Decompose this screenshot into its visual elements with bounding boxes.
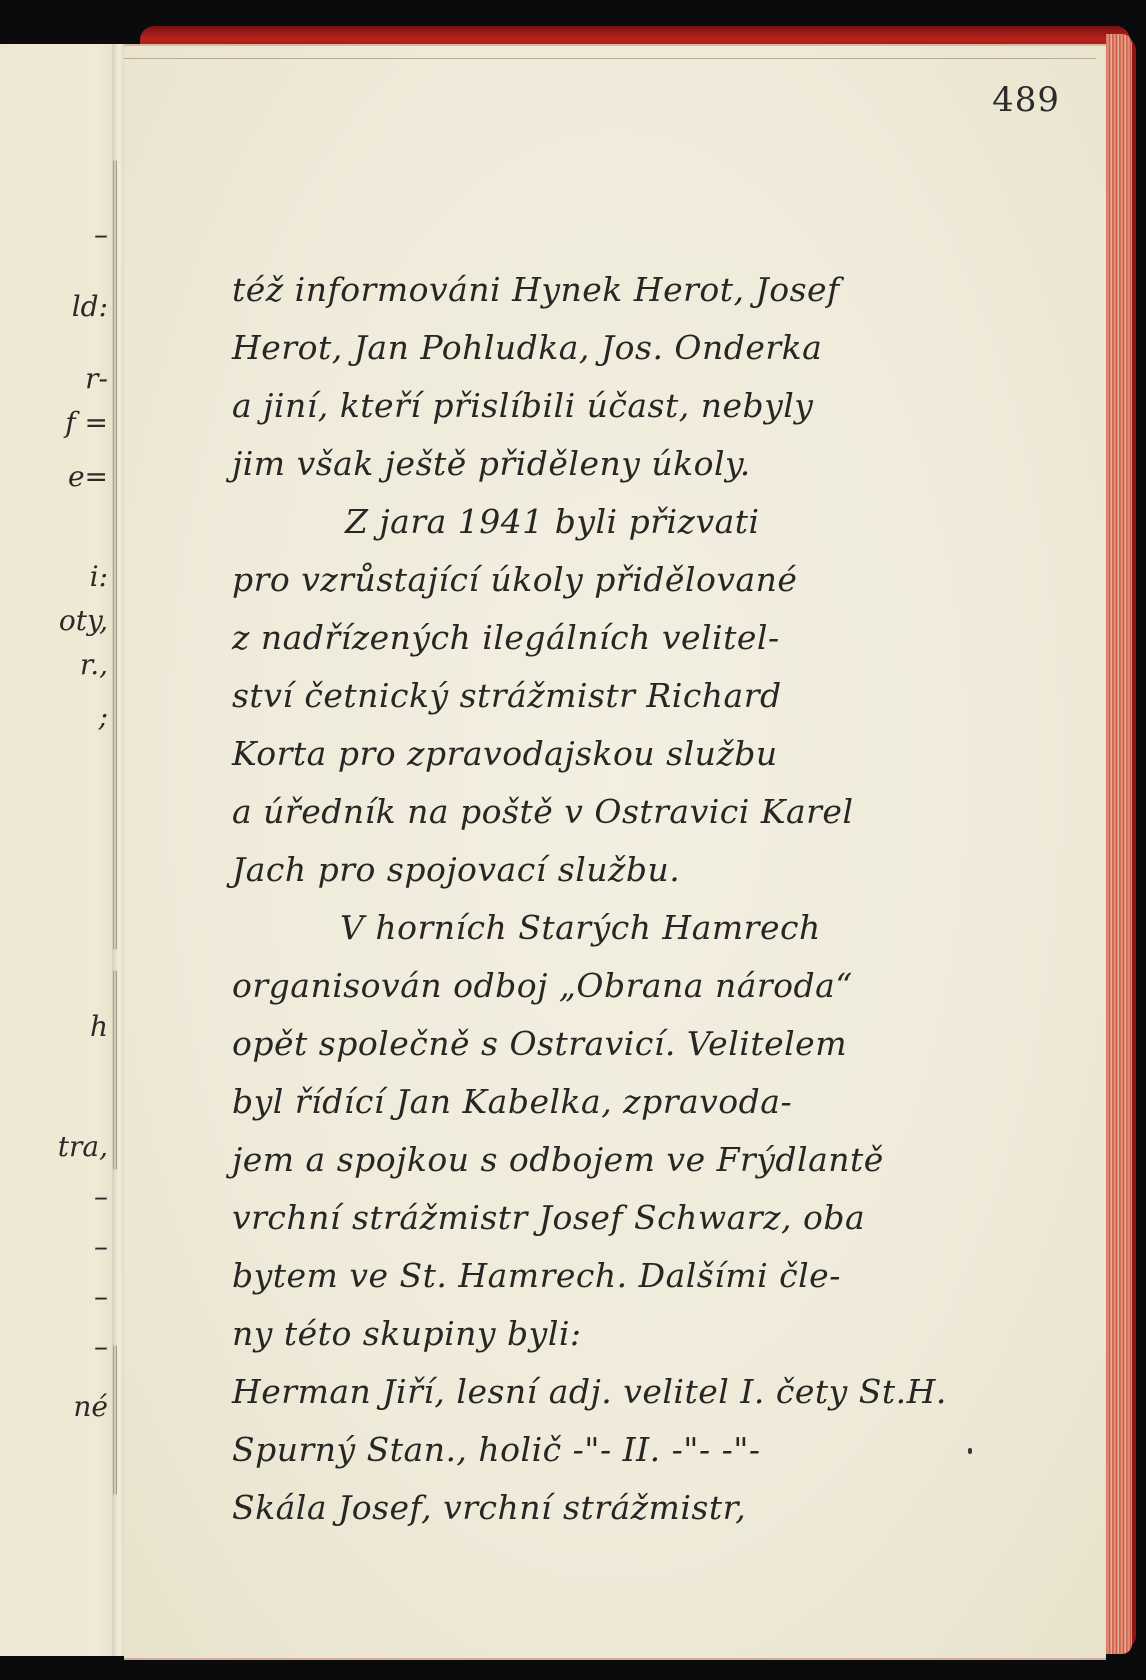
text-line: a jiní, kteří přislíbili účast, nebyly bbox=[232, 386, 813, 425]
page-edges bbox=[1106, 34, 1132, 1654]
text-line: Z jara 1941 byli přizvati bbox=[345, 502, 760, 541]
binding-stitch bbox=[113, 1345, 117, 1495]
left-page-fragment: e= bbox=[68, 460, 108, 493]
left-page-fragment: né bbox=[73, 1390, 108, 1423]
text-line: Spurný Stan., holič -"- II. -"- -"- bbox=[232, 1430, 761, 1469]
text-line: z nadřízených ilegálních velitel- bbox=[232, 618, 780, 657]
text-line: též informováni Hynek Herot, Josef bbox=[232, 270, 840, 309]
text-line: V horních Starých Hamrech bbox=[340, 908, 821, 947]
left-page-fragment: ; bbox=[99, 700, 108, 733]
text-line: pro vzrůstající úkoly přidělované bbox=[232, 560, 797, 599]
binding-stitch bbox=[113, 570, 117, 950]
text-line: organisován odboj „Obrana národa“ bbox=[232, 966, 853, 1005]
left-page-fragment: r., bbox=[80, 648, 108, 681]
left-page-fragment: r- bbox=[85, 362, 108, 395]
text-line: ny této skupiny byli: bbox=[232, 1314, 582, 1353]
text-line: Skála Josef, vrchní strážmistr, bbox=[232, 1488, 746, 1527]
text-line: Korta pro zpravodajskou službu bbox=[232, 734, 778, 773]
text-line: byl řídící Jan Kabelka, zpravoda- bbox=[232, 1082, 792, 1121]
text-line: bytem ve St. Hamrech. Dalšími čle- bbox=[232, 1256, 841, 1295]
text-line: Herot, Jan Pohludka, Jos. Onderka bbox=[232, 328, 822, 367]
text-line: Herman Jiří, lesní adj. velitel I. čety … bbox=[232, 1372, 947, 1411]
page-number: 489 bbox=[992, 80, 1060, 120]
left-page-fragment: – bbox=[94, 1180, 108, 1213]
left-page-fragment: – bbox=[94, 1330, 108, 1363]
text-line: ství četnický strážmistr Richard bbox=[232, 676, 782, 715]
top-rule bbox=[124, 58, 1096, 59]
text-line: jem a spojkou s odbojem ve Frýdlantě bbox=[232, 1140, 884, 1179]
left-page-fragment: tra, bbox=[58, 1130, 108, 1163]
left-page-fragment: ld: bbox=[72, 290, 108, 323]
left-page-fragment: – bbox=[94, 1280, 108, 1313]
text-line: Jach pro spojovací službu. bbox=[232, 850, 680, 889]
left-page-fragment: – bbox=[94, 218, 108, 251]
binding-stitch bbox=[113, 970, 117, 1170]
left-page-fragment: h bbox=[90, 1010, 108, 1043]
left-page-fragment: oty, bbox=[59, 604, 108, 637]
left-page-fragment: i: bbox=[90, 560, 108, 593]
left-page-fragment: f = bbox=[65, 406, 108, 439]
binding-stitch bbox=[113, 160, 117, 580]
text-line: vrchní strážmistr Josef Schwarz, oba bbox=[232, 1198, 865, 1237]
text-line: a úředník na poště v Ostravici Karel bbox=[232, 792, 854, 831]
ink-speck bbox=[968, 1448, 972, 1454]
text-line: opět společně s Ostravicí. Velitelem bbox=[232, 1024, 847, 1063]
text-line: jim však ještě přiděleny úkoly. bbox=[232, 444, 751, 483]
left-page: –ld:r-f =e=i:oty,r.,;htra,––––né bbox=[0, 44, 120, 1656]
left-page-fragment: – bbox=[94, 1230, 108, 1263]
